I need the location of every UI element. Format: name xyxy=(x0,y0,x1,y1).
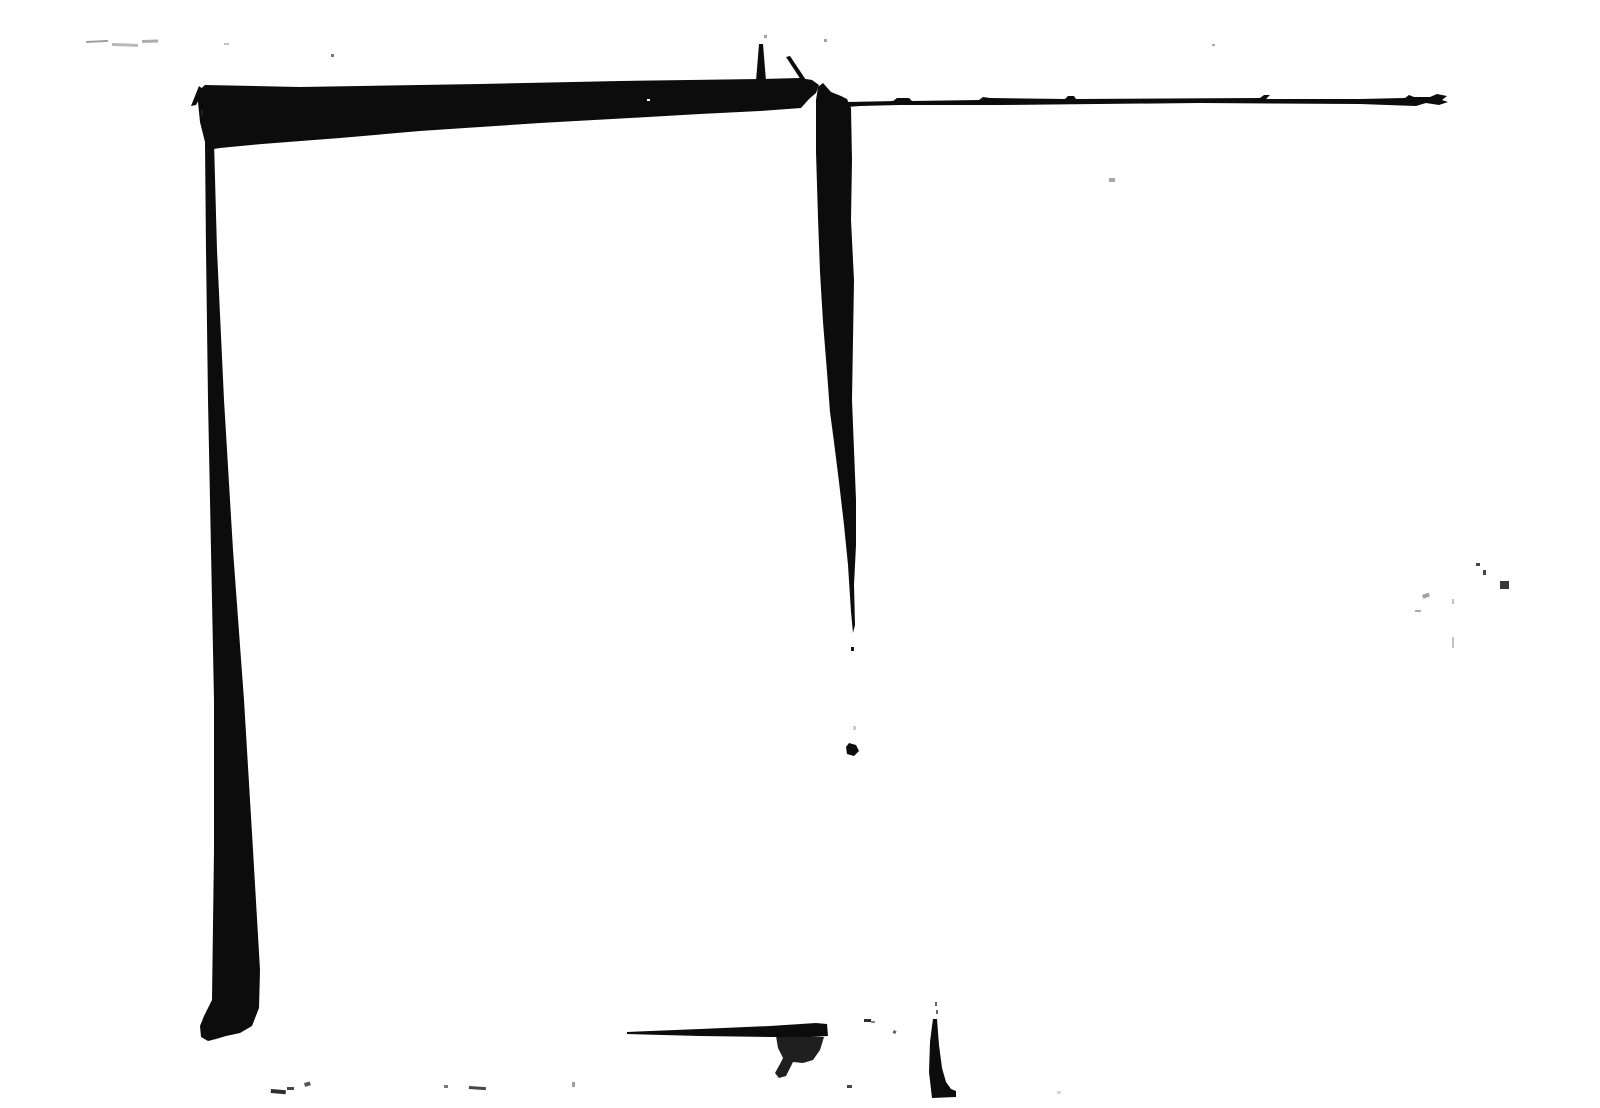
ink-speck xyxy=(1476,563,1480,566)
ink-speck xyxy=(647,99,650,101)
top-rule-line-artifact xyxy=(847,94,1448,107)
bottom-sliver-artifact xyxy=(627,1023,828,1037)
ink-speck xyxy=(824,39,827,42)
ink-speck xyxy=(1452,637,1454,648)
top-edge-bar-artifact xyxy=(197,78,819,150)
ink-speck xyxy=(1057,1091,1061,1094)
ink-speck xyxy=(893,1030,897,1034)
ink-speck xyxy=(444,1085,448,1088)
ink-speck xyxy=(936,1010,938,1014)
ink-speck xyxy=(851,647,854,651)
ink-speck xyxy=(864,1019,871,1022)
ink-speck xyxy=(331,54,334,57)
scanned-blank-page xyxy=(0,0,1600,1108)
ink-speck xyxy=(1109,178,1115,182)
ink-speck xyxy=(112,43,138,47)
scan-artifacts-layer xyxy=(0,0,1600,1108)
top-spike-artifact xyxy=(756,44,766,81)
ink-speck xyxy=(871,1021,875,1023)
ink-speck xyxy=(304,1081,311,1086)
ink-speck xyxy=(469,1086,486,1090)
ink-speck xyxy=(853,726,856,730)
ink-speck xyxy=(1452,599,1454,604)
ink-speck xyxy=(1483,570,1486,575)
ink-speck xyxy=(935,1002,937,1006)
ink-speck xyxy=(1422,593,1430,599)
gutter-ink-blob-artifact xyxy=(846,743,859,756)
ink-speck xyxy=(287,1087,294,1090)
ink-speck xyxy=(572,1082,575,1087)
ink-speck xyxy=(201,110,203,116)
bottom-wedge-artifact xyxy=(929,1019,956,1098)
center-gutter-bar-artifact xyxy=(816,83,856,633)
ink-speck xyxy=(224,43,229,45)
ink-speck xyxy=(1212,44,1215,46)
specks-group xyxy=(86,35,1509,1094)
ink-speck xyxy=(86,40,108,43)
ink-speck xyxy=(142,39,158,43)
bottom-drip-artifact xyxy=(775,1036,824,1078)
ink-speck xyxy=(764,35,767,38)
ink-speck xyxy=(1415,610,1421,612)
ink-speck xyxy=(271,1089,286,1094)
ink-speck xyxy=(1500,581,1509,589)
left-edge-bar-artifact xyxy=(200,142,260,1041)
ink-speck xyxy=(847,1085,852,1088)
